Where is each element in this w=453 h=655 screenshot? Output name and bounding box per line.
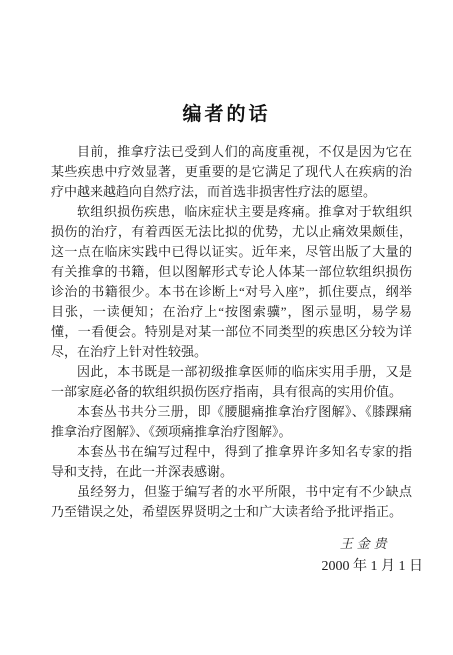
- paragraph: 本套丛书在编写过程中，得到了推拿界许多知名专家的指导和支持，在此一并深表感谢。: [51, 442, 412, 482]
- paragraph: 虽经努力，但鉴于编写者的水平所限，书中定有不少缺点乃至错误之处，希望医界贤明之士…: [51, 482, 412, 522]
- publication-date: 2000 年 1 月 1 日: [322, 558, 424, 576]
- paragraph: 软组织损伤疾患，临床症状主要是疼痛。推拿对于软组织损伤的治疗，有着西医无法比拟的…: [51, 202, 412, 362]
- paragraph: 目前，推拿疗法已受到人们的高度重视，不仅是因为它在某些疾患中疗效显著，更重要的是…: [51, 142, 412, 202]
- signature-block: 王金贵 2000 年 1 月 1 日: [322, 536, 424, 576]
- preface-body: 目前，推拿疗法已受到人们的高度重视，不仅是因为它在某些疾患中疗效显著，更重要的是…: [51, 142, 412, 522]
- paragraph: 本套丛书共分三册，即《腰腿痛推拿治疗图解》、《膝踝痛推拿治疗图解》、《颈项痛推拿…: [51, 402, 412, 442]
- book-page: 编者的话 目前，推拿疗法已受到人们的高度重视，不仅是因为它在某些疾患中疗效显著，…: [0, 0, 453, 655]
- page-title: 编者的话: [0, 99, 453, 126]
- paragraph: 因此，本书既是一部初级推拿医师的临床实用手册，又是一部家庭必备的软组织损伤医疗指…: [51, 362, 412, 402]
- author-name: 王金贵: [322, 536, 424, 552]
